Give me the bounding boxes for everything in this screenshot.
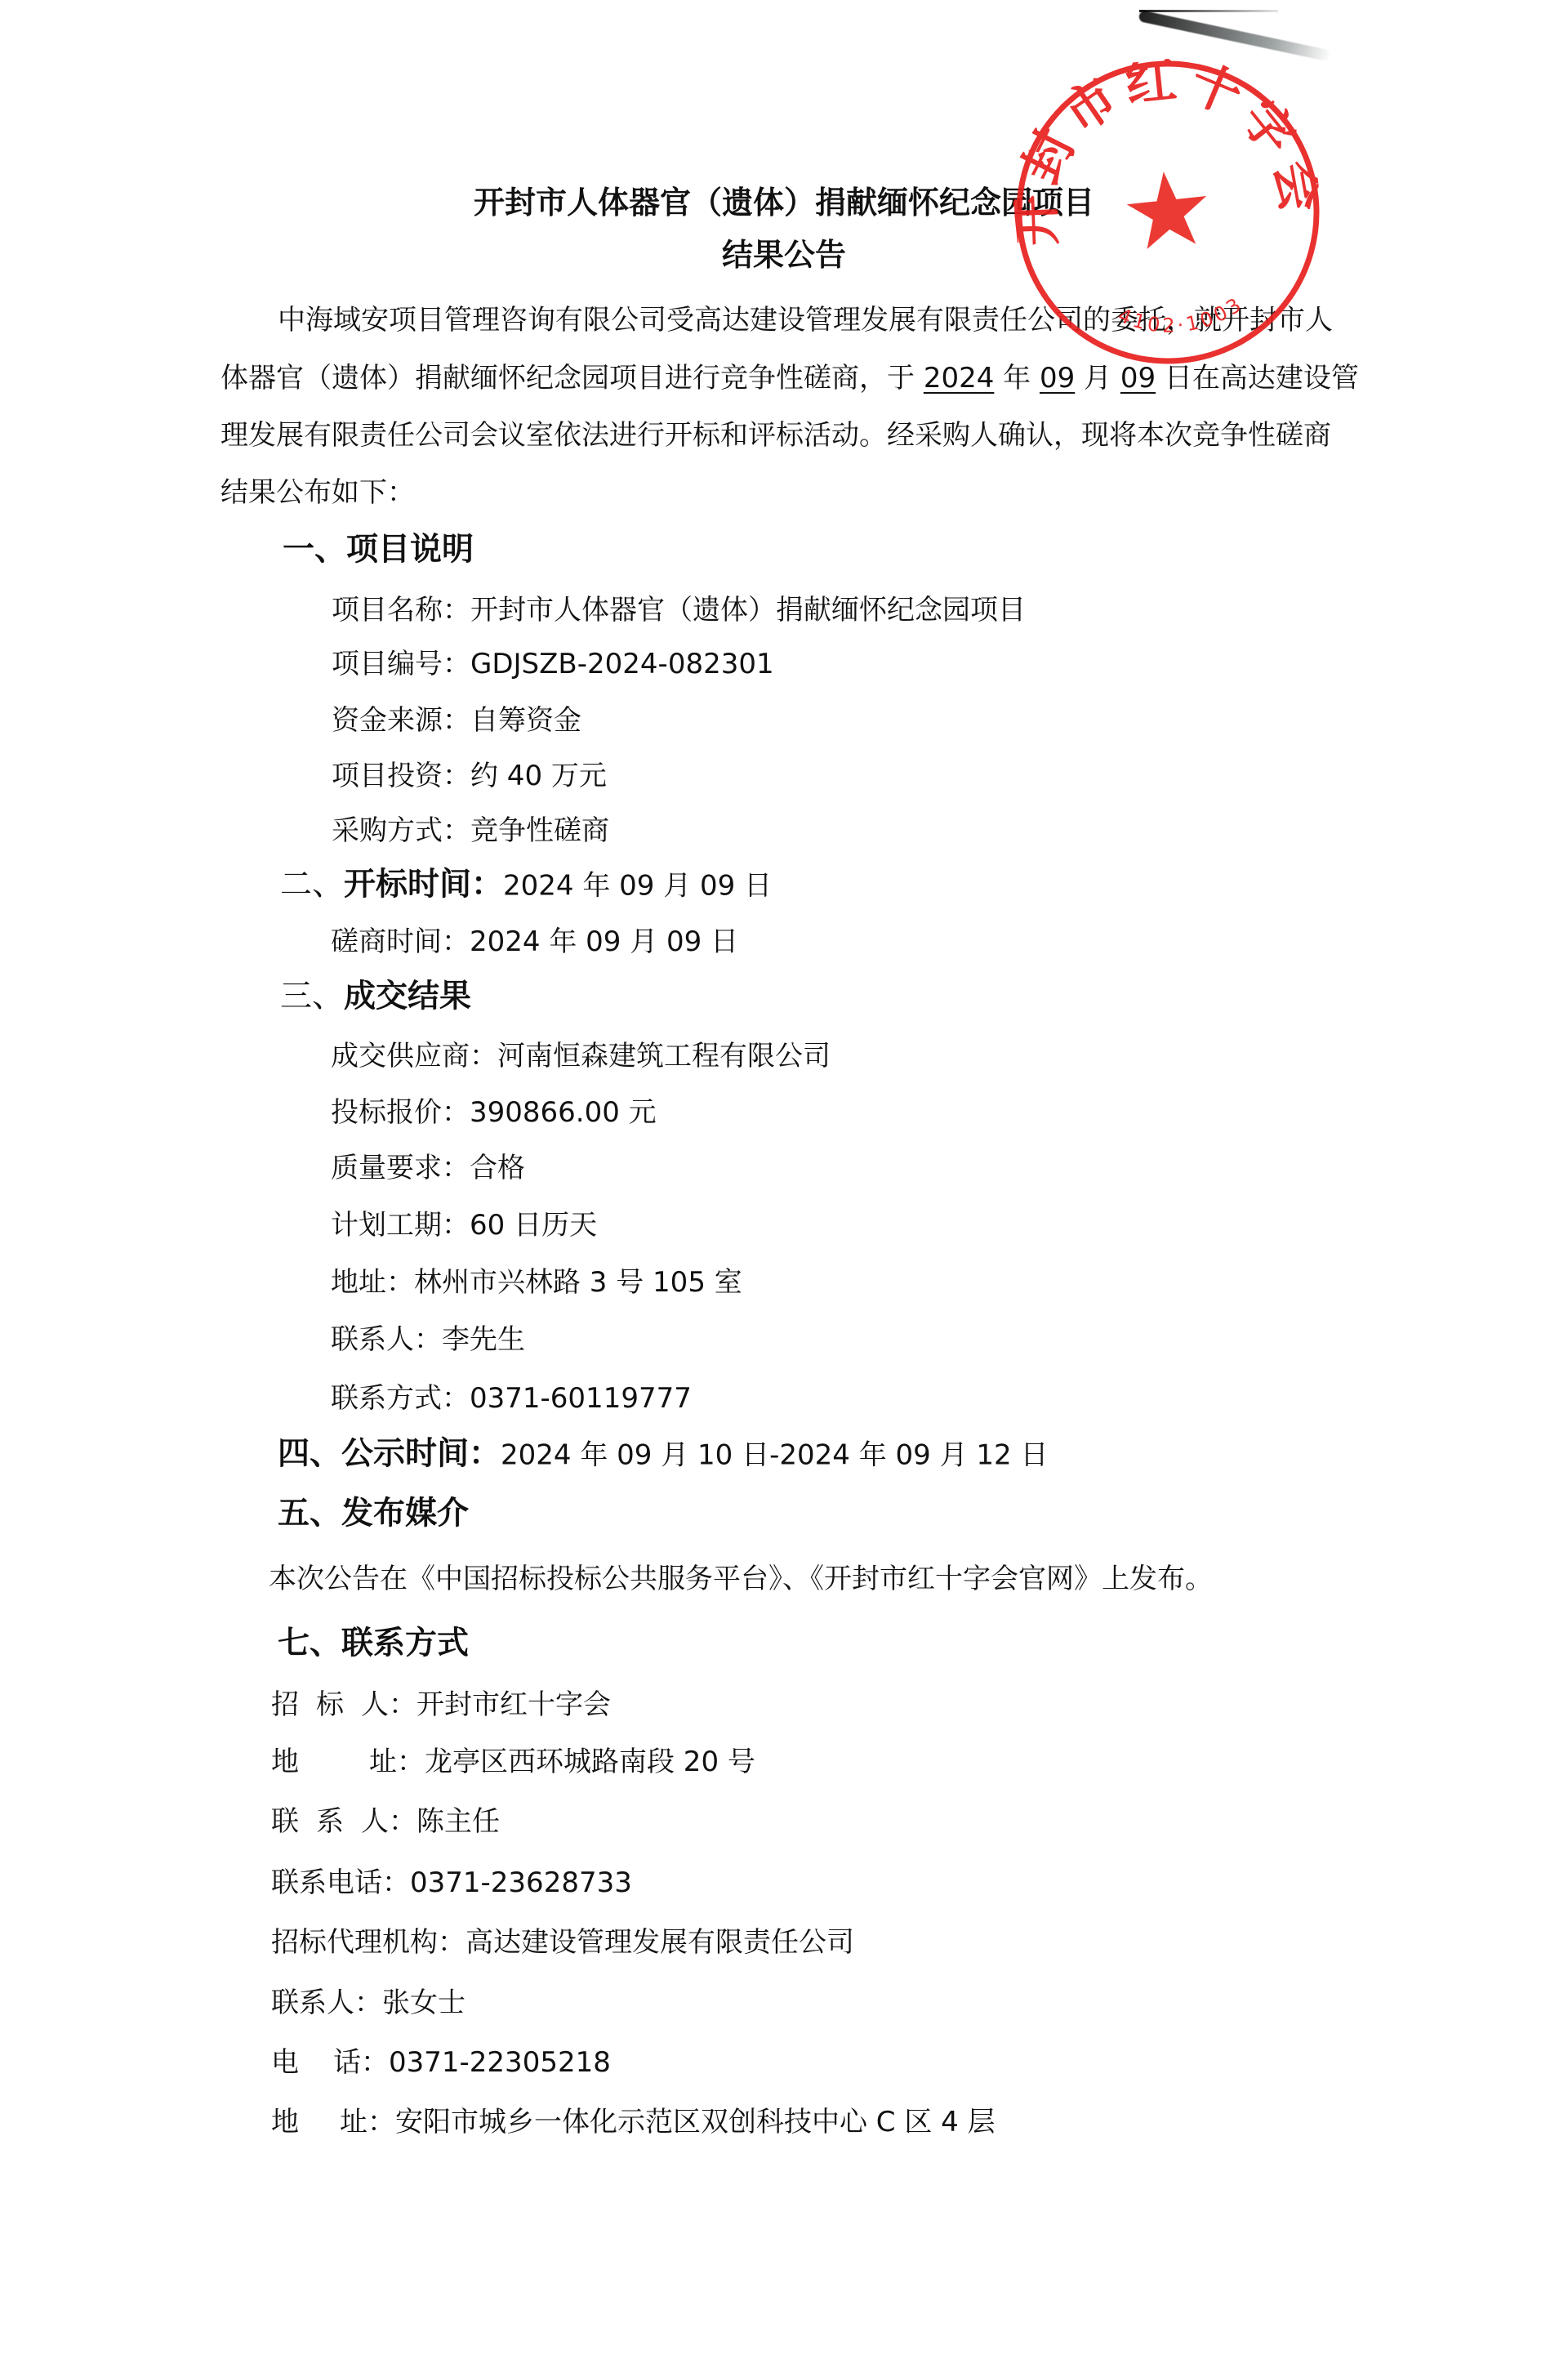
- field-value: 60 日历天: [470, 1209, 597, 1242]
- field-label: 投标报价：: [331, 1096, 470, 1129]
- intro-line-2-pre: 体器官（遗体）捐献缅怀纪念园项目进行竞争性磋商，于: [220, 362, 924, 395]
- field-label: 地址：: [271, 1746, 425, 1778]
- field-value: 2024 年 09 月 09 日: [470, 925, 738, 958]
- intro-line-4: 结果公布如下：: [220, 479, 415, 506]
- field-value: 龙亭区西环城路南段 20 号: [425, 1746, 755, 1778]
- field-label: 地址：: [331, 1266, 414, 1299]
- procurement-method-row: 采购方式：竞争性磋商: [332, 817, 609, 845]
- section-3-title: 成交结果: [344, 979, 471, 1015]
- field-value: 自筹资金: [470, 704, 581, 737]
- field-label: 项目投资：: [332, 760, 470, 792]
- planned-duration-row: 计划工期：60 日历天: [331, 1211, 597, 1239]
- field-label: 计划工期：: [331, 1209, 470, 1242]
- field-value: GDJSZB-2024-082301: [470, 648, 774, 680]
- field-label: 采购方式：: [332, 814, 470, 847]
- field-label: 联系人：: [331, 1323, 442, 1356]
- section-3-heading: 三、成交结果: [280, 981, 471, 1013]
- publicity-period: 2024 年 09 月 10 日-2024 年 09 月 12 日: [501, 1439, 1048, 1472]
- field-label: 资金来源：: [332, 704, 470, 737]
- section-2-title: 开标时间：: [344, 867, 503, 903]
- field-label: 联系人：: [271, 1805, 416, 1838]
- intro-line-3: 理发展有限责任公司会议室依法进行开标和评标活动。经采购人确认，现将本次竞争性磋商: [220, 421, 1331, 449]
- intro-date-month: 09: [1040, 362, 1075, 395]
- document-title: 开封市人体器官（遗体）捐献缅怀纪念园项目: [0, 187, 1568, 218]
- field-value: 陈主任: [416, 1805, 500, 1838]
- label-colon: ：: [367, 2106, 395, 2138]
- label-colon: ：: [389, 1805, 416, 1838]
- section-5-heading: 五、发布媒介: [278, 1498, 469, 1530]
- label-char: 标: [316, 1688, 344, 1721]
- scan-artifact-swoosh: [1138, 10, 1333, 62]
- field-value: 开封市红十字会: [416, 1688, 611, 1721]
- label-colon: ：: [389, 1688, 416, 1721]
- label-char: 人: [361, 1805, 389, 1838]
- intro-line-2-post: 日在高达建设管: [1156, 362, 1359, 395]
- section-5-title: 发布媒介: [341, 1496, 469, 1532]
- tenderer-phone-row: 联系电话：0371-23628733: [271, 1869, 632, 1897]
- section-1-number: 一、: [283, 532, 346, 569]
- bid-opening-date: 2024 年 09 月 09 日: [503, 870, 772, 903]
- supplier-address-row: 地址：林州市兴林路 3 号 105 室: [331, 1269, 742, 1296]
- field-value: 竞争性磋商: [470, 814, 609, 847]
- section-4-number: 四、: [278, 1436, 341, 1473]
- field-value: 合格: [470, 1152, 525, 1184]
- section-1-title: 项目说明: [346, 532, 474, 569]
- field-value: 0371-60119777: [470, 1382, 692, 1415]
- field-label: 联系方式：: [331, 1382, 470, 1415]
- section-1-heading: 一、项目说明: [283, 534, 474, 566]
- fund-source-row: 资金来源：自筹资金: [332, 707, 581, 734]
- tenderer-row: 招标人：开封市红十字会: [271, 1691, 611, 1719]
- field-value: 河南恒森建筑工程有限公司: [497, 1040, 831, 1072]
- section-5-number: 五、: [278, 1496, 341, 1532]
- field-label: 磋商时间：: [331, 925, 470, 958]
- label-char: 联: [271, 1805, 299, 1838]
- agency-contact-row: 联系人：张女士: [271, 1989, 465, 2017]
- field-label: 招标代理机构：: [271, 1926, 465, 1959]
- agency-address-row: 地址：安阳市城乡一体化示范区双创科技中心 C 区 4 层: [271, 2108, 996, 2136]
- section-4-heading: 四、公示时间：2024 年 09 月 10 日-2024 年 09 月 12 日: [278, 1438, 1049, 1470]
- supplier-contact-row: 联系人：李先生: [331, 1326, 525, 1353]
- section-4-title: 公示时间：: [341, 1436, 501, 1473]
- intro-date-year: 2024: [924, 362, 995, 395]
- field-label: 地址：: [271, 2106, 395, 2138]
- agency-phone-row: 电话：0371-22305218: [271, 2049, 611, 2076]
- field-label: 项目编号：: [332, 648, 470, 680]
- section-7-number: 七、: [278, 1625, 341, 1662]
- field-value: 0371-22305218: [389, 2046, 611, 2079]
- field-value: 开封市人体器官（遗体）捐献缅怀纪念园项目: [470, 594, 1026, 627]
- field-value: 高达建设管理发展有限责任公司: [465, 1926, 854, 1959]
- label-char: 地: [271, 1746, 299, 1778]
- project-number-row: 项目编号：GDJSZB-2024-082301: [332, 650, 774, 678]
- section-7-title: 联系方式: [341, 1625, 469, 1662]
- field-label: 质量要求：: [331, 1152, 470, 1184]
- intro-line-1: 中海域安项目管理咨询有限公司受高达建设管理发展有限责任公司的委托，就开封市人: [278, 306, 1333, 334]
- supplier-phone-row: 联系方式：0371-60119777: [331, 1385, 692, 1412]
- bid-price-row: 投标报价：390866.00 元: [331, 1099, 657, 1126]
- label-char: 电: [271, 2046, 299, 2079]
- label-char: 系: [316, 1805, 344, 1838]
- intro-date-month-unit: 月: [1075, 362, 1120, 395]
- field-label: 成交供应商：: [331, 1040, 497, 1072]
- label-char: 招: [271, 1688, 299, 1721]
- project-investment-row: 项目投资：约 40 万元: [332, 762, 607, 790]
- label-char: 址: [369, 1746, 397, 1778]
- publication-media-text: 本次公告在《中国招标投标公共服务平台》、《开封市红十字会官网》上发布。: [269, 1565, 1213, 1593]
- intro-line-2: 体器官（遗体）捐献缅怀纪念园项目进行竞争性磋商，于 2024 年 09 月 09…: [220, 364, 1359, 392]
- tenderer-contact-row: 联系人：陈主任: [271, 1808, 500, 1835]
- field-value: 约 40 万元: [470, 760, 607, 792]
- section-3-number: 三、: [280, 979, 344, 1015]
- field-label: 联系电话：: [271, 1866, 410, 1899]
- label-char: 地: [271, 2106, 299, 2138]
- section-7-heading: 七、联系方式: [278, 1628, 469, 1660]
- project-name-row: 项目名称：开封市人体器官（遗体）捐献缅怀纪念园项目: [332, 596, 1026, 624]
- label-char: 人: [361, 1688, 389, 1721]
- document-subtitle: 结果公告: [0, 239, 1568, 270]
- tenderer-address-row: 地址：龙亭区西环城路南段 20 号: [271, 1748, 755, 1776]
- field-label: 项目名称：: [332, 594, 470, 627]
- intro-date-day: 09: [1120, 362, 1156, 395]
- field-label: 招标人：: [271, 1688, 416, 1721]
- field-value: 安阳市城乡一体化示范区双创科技中心 C 区 4 层: [395, 2106, 996, 2138]
- agency-row: 招标代理机构：高达建设管理发展有限责任公司: [271, 1929, 854, 1956]
- field-label: 联系人：: [271, 1987, 382, 2019]
- field-label: 电话：: [271, 2046, 389, 2079]
- field-value: 李先生: [442, 1323, 525, 1356]
- intro-date-year-unit: 年: [994, 362, 1040, 395]
- scan-artifact-line: [1139, 10, 1278, 12]
- quality-requirement-row: 质量要求：合格: [331, 1154, 525, 1182]
- negotiation-time-row: 磋商时间：2024 年 09 月 09 日: [331, 928, 738, 956]
- winning-supplier-row: 成交供应商：河南恒森建筑工程有限公司: [331, 1042, 831, 1070]
- section-2-heading: 二、开标时间：2024 年 09 月 09 日: [280, 869, 772, 901]
- section-2-number: 二、: [280, 867, 344, 903]
- field-value: 林州市兴林路 3 号 105 室: [414, 1266, 742, 1299]
- label-char: 址: [340, 2106, 367, 2138]
- label-char: 话: [333, 2046, 361, 2079]
- label-colon: ：: [361, 2046, 389, 2079]
- label-colon: ：: [397, 1746, 425, 1778]
- field-value: 390866.00 元: [470, 1096, 657, 1129]
- field-value: 张女士: [382, 1987, 465, 2019]
- field-value: 0371-23628733: [410, 1866, 632, 1899]
